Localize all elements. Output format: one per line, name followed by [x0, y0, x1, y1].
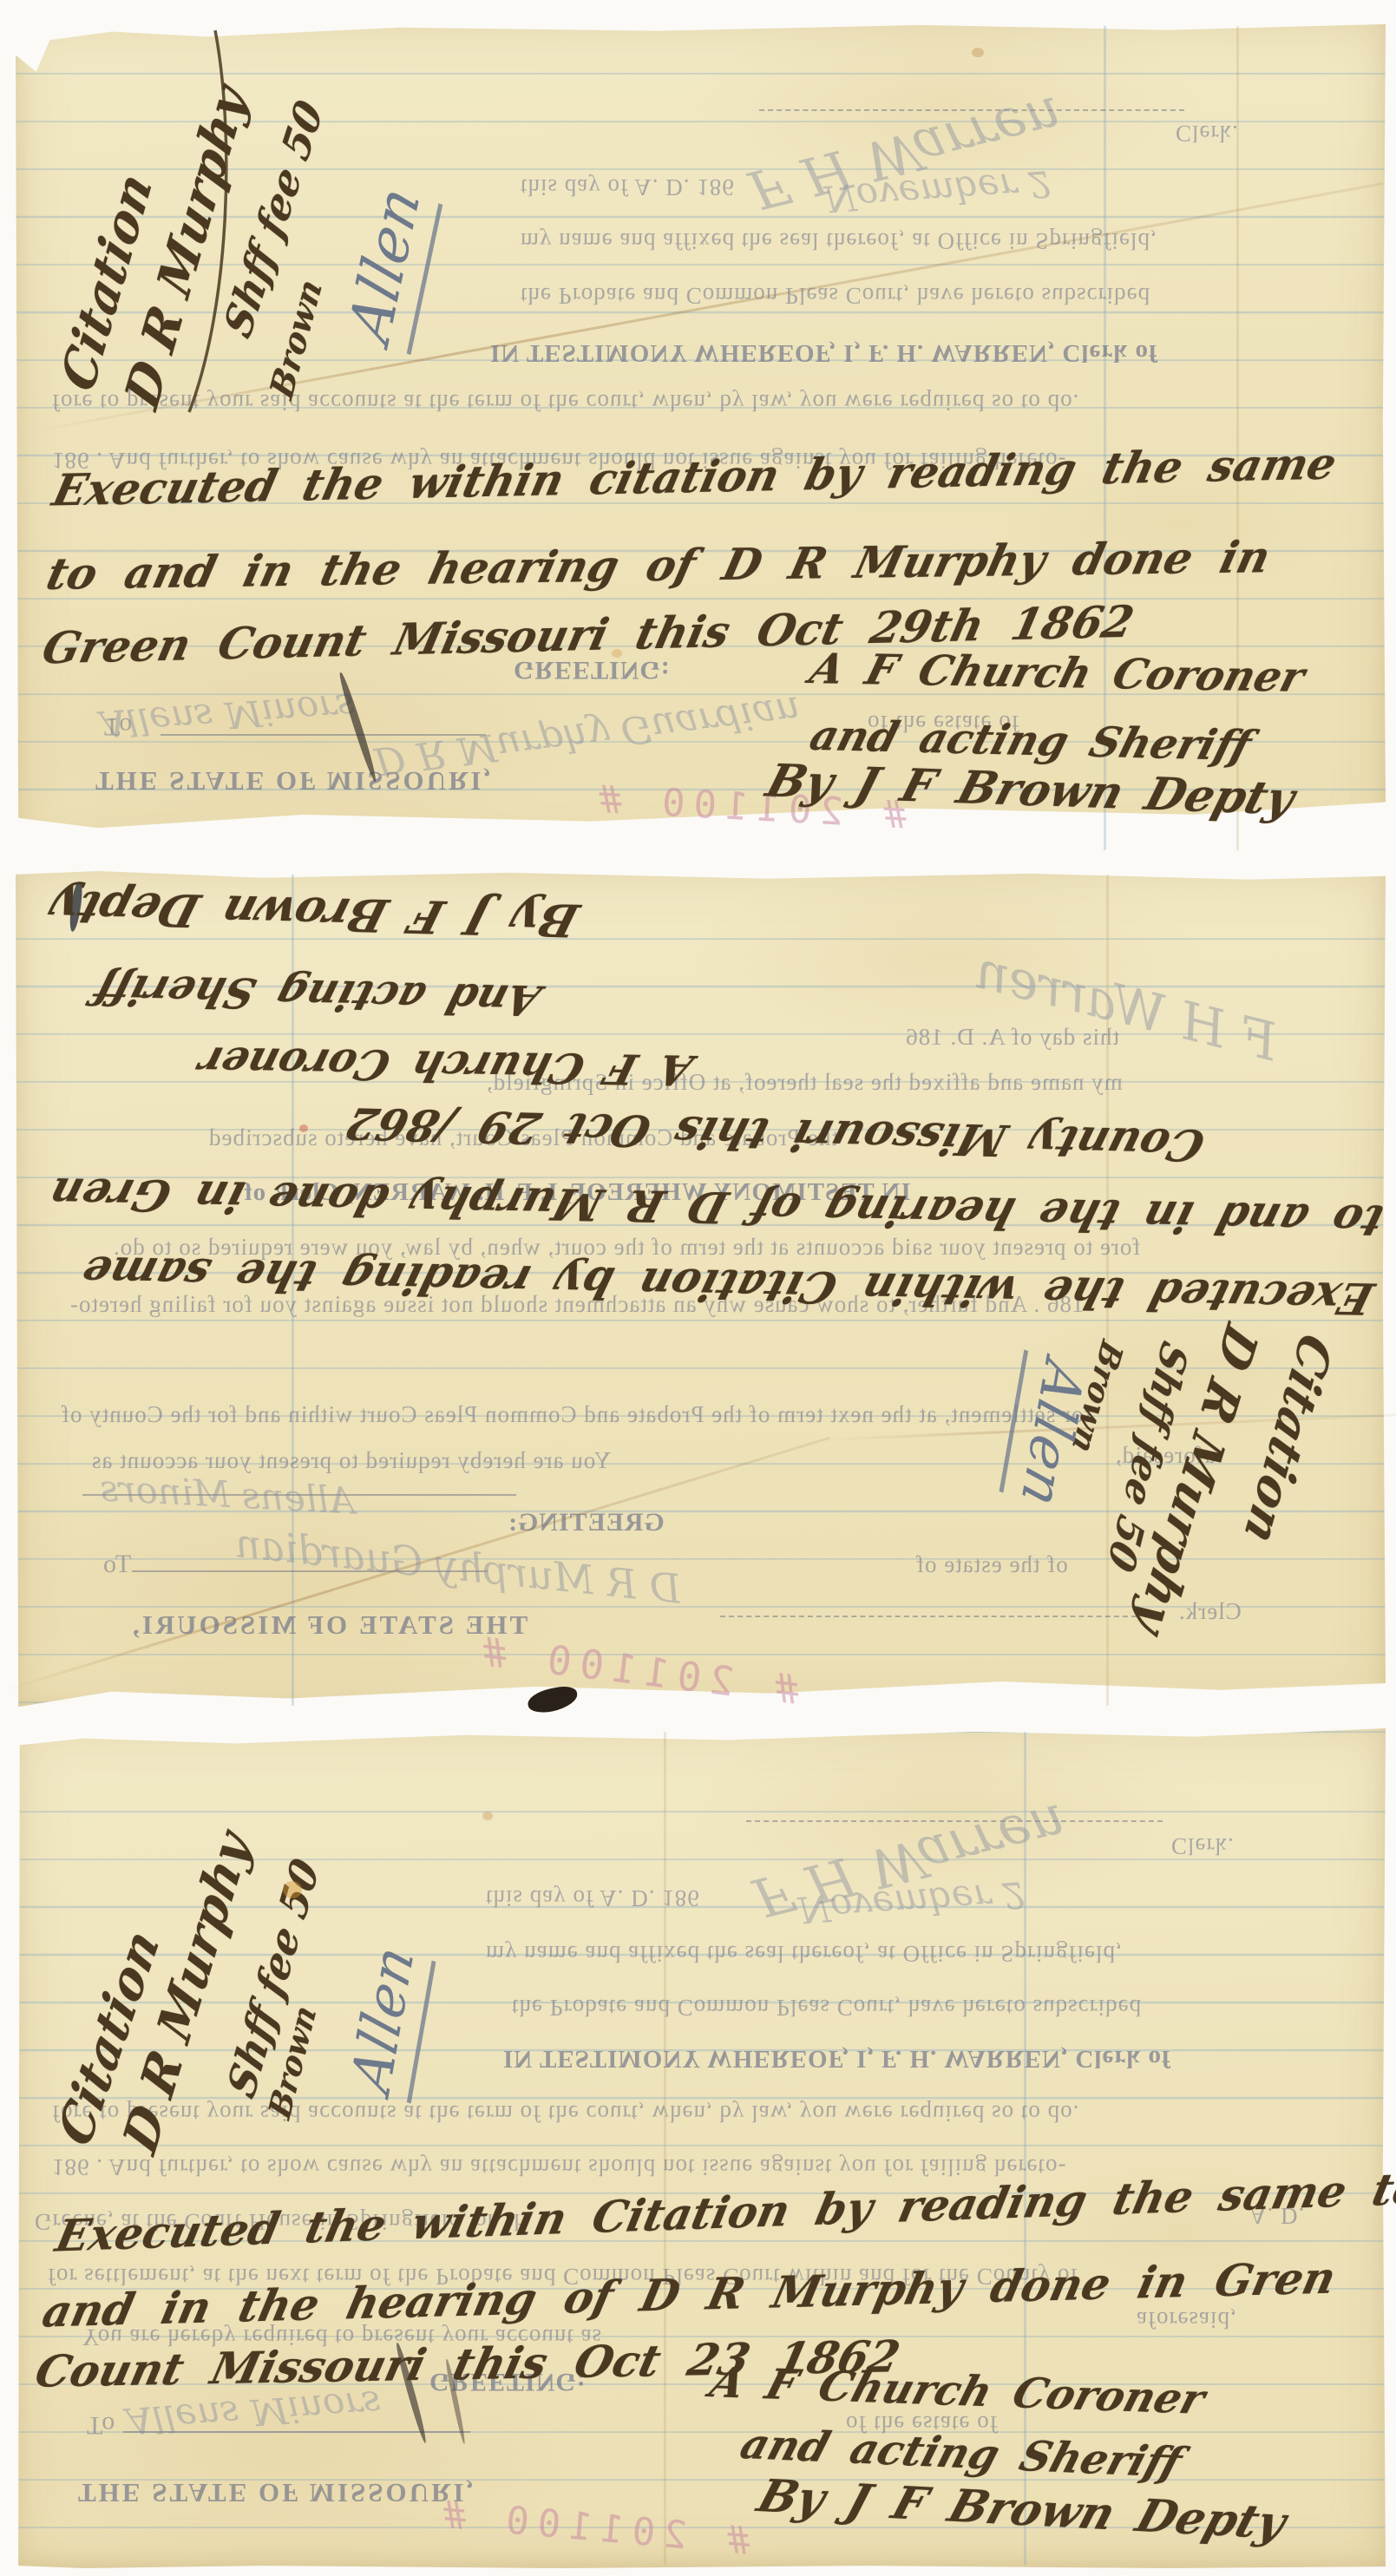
docket-bracket-flourish [174, 26, 234, 416]
bleed-seal-line: my name and affixed the seal thereof, at… [486, 1940, 1123, 1967]
bleed-subscribed-line: the Probate and Common Pleas Court, have… [521, 282, 1150, 309]
bleed-state-line: THE STATE OF MISSOURI, [78, 2477, 475, 2508]
bleed-subscribed-line: the Probate and Common Pleas Court, have… [512, 1994, 1142, 2021]
bleed-settlement-line: for settlement, at the next term of the … [61, 1401, 1092, 1428]
paper-stain [972, 48, 984, 57]
bleed-date-line: this day of A. D. 186 [486, 1884, 700, 1911]
scanned-document-page: Clerk. F H Warren this day of A. D. 186 … [0, 0, 1396, 2576]
bleed-state-line: THE STATE OF MISSOURI, [130, 1609, 528, 1641]
bleed-seal-line: my name and affixed the seal thereof, at… [521, 227, 1157, 254]
paper-stain [482, 1812, 493, 1820]
bleed-estate-line: of the estate of [915, 1551, 1068, 1578]
bleed-attachment-line: 186 . And further, to show cause why an … [52, 2153, 1066, 2180]
bleed-testimony-line: IN TESTIMONY WHEREOF, I, F. H. WARREN, C… [490, 338, 1158, 367]
bleed-date-line: this day of A. D. 186 [521, 174, 735, 200]
paper-stain [299, 1124, 308, 1132]
bleed-to-label: To [87, 2410, 115, 2440]
ink-blot [526, 1683, 580, 1715]
bleed-accounts-line: fore to present your said accounts at th… [52, 2100, 1079, 2127]
bleed-greeting: GREETING: [508, 1508, 665, 1537]
bleed-to-label: To [102, 1550, 131, 1579]
clerk-signature-line [720, 1616, 1137, 1617]
execution-signature: A F Church Coroner [193, 1037, 698, 1094]
bleed-clerk-label: Clerk. [1176, 120, 1239, 147]
paper-stain [283, 1881, 302, 1898]
bleed-testimony-line: IN TESTIMONY WHEREOF, I, F. H. WARREN, C… [503, 2044, 1171, 2073]
paper-stain [612, 649, 622, 658]
bleed-clerk-label: Clerk. [1171, 1832, 1235, 1859]
bleed-aforesaid: aforesaid, [1137, 2306, 1237, 2333]
execution-signature: A F Church Coroner [805, 645, 1310, 702]
bleed-date-line: this day of A. D. 186 [737, 1024, 1119, 1051]
fold-crease-vertical [664, 1732, 666, 2565]
